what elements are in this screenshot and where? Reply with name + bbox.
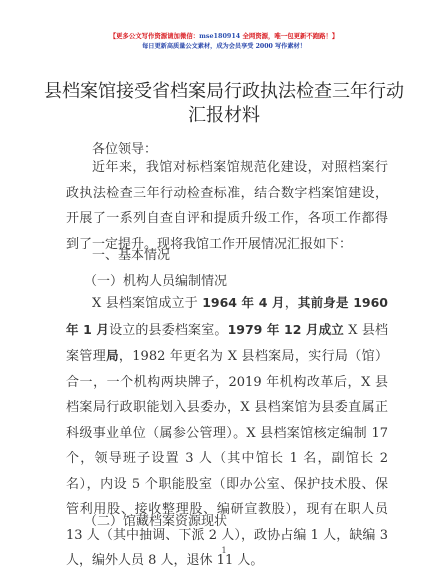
text-bold: 局 (106, 348, 119, 363)
org-staffing-paragraph: X 县档案馆成立于 1964 年 4 月，其前身是 1960 年 1 月设立的县… (66, 290, 388, 574)
text-run: X 县档案馆成立于 (92, 296, 202, 311)
title-line-1: 县档案馆接受省档案局行政执法检查三年行动 (0, 80, 448, 104)
subsection-heading-1: （一）机构人员编制情况 (84, 270, 227, 289)
wechat-id: mse180914 (199, 32, 240, 40)
promo-text-suffix: 全网资源，唯一包更新不跑路！】 (240, 32, 338, 40)
text-run: ， (285, 296, 298, 311)
text-run: ，1982 年更名为 X 县档案局，实行局（馆）合一，一个机构两块牌子，2019… (66, 349, 388, 568)
page-number: 1 (0, 546, 448, 555)
date-bold: 1964 年 4 月 (202, 295, 284, 310)
date-bold: 1979 年 12 月成立 (228, 322, 344, 337)
promo-line-1: 【更多公文写作资源请加微信：mse180914 全网资源，唯一包更新不跑路！】 (0, 31, 448, 40)
subsection-heading-2: （二）馆藏档案资源现状 (84, 510, 227, 529)
promo-line-2: 每日更新高质量公文素材，成为会员享受 2000 写作素材！ (0, 41, 448, 50)
intro-paragraph: 近年来，我馆对标档案馆规范化建设，对照档案行政执法检查三年行动检查标准，结合数字… (66, 155, 388, 257)
document-title: 县档案馆接受省档案局行政执法检查三年行动 汇报材料 (0, 80, 448, 128)
title-line-2: 汇报材料 (0, 104, 448, 128)
promo-text: 【更多公文写作资源请加微信： (110, 32, 199, 40)
text-run: 设立的县委档案室。 (109, 323, 228, 338)
section-heading-1: 一、基本情况 (92, 244, 170, 263)
